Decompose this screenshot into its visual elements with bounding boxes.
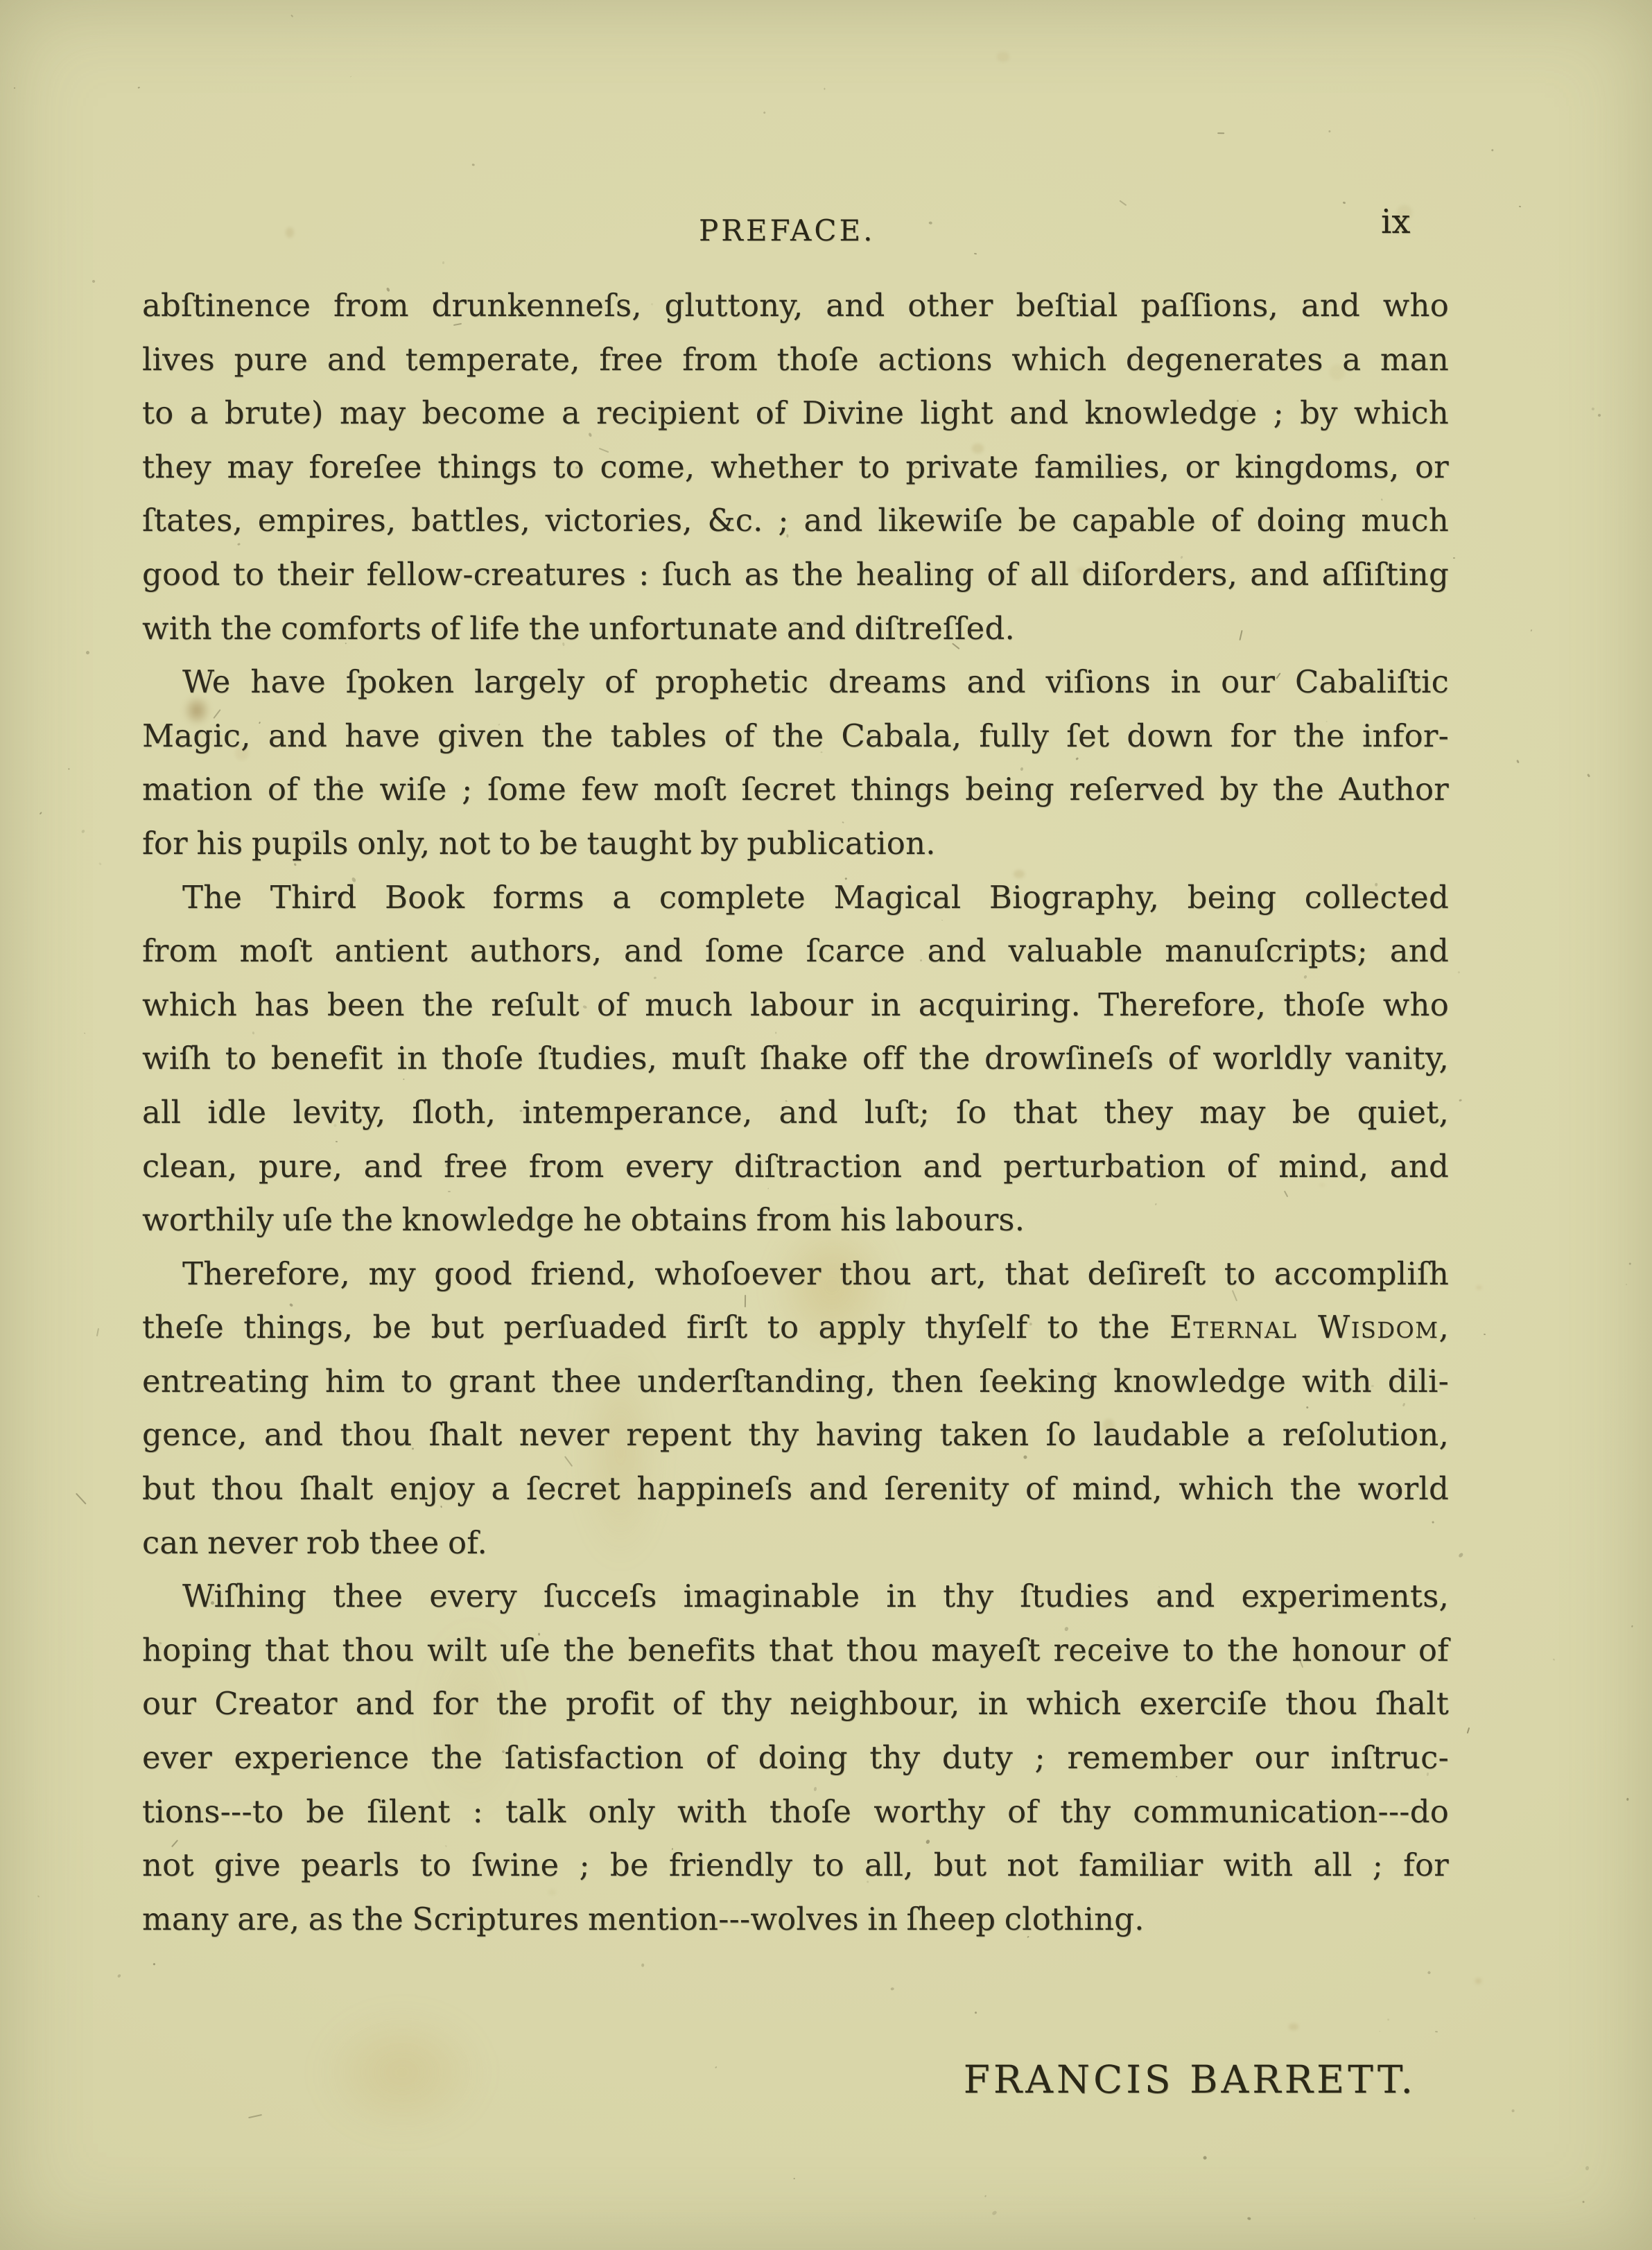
text-line: lives pure and temperate, free from thoſ… [142,333,1449,387]
text-line: mation of the wiſe ; ſome few moſt ſecre… [142,762,1449,817]
text-line: theſe things, be but perſuaded firſt to … [142,1300,1449,1354]
text-line: Wiſhing thee every ſucceſs imaginable in… [142,1569,1449,1623]
text-line: Therefore, my good friend, whoſoever tho… [142,1247,1449,1301]
text-line: Magic, and have given the tables of the … [142,709,1449,763]
text-line: ever experience the ſatisfaction of doin… [142,1731,1449,1785]
text-line: our Creator and for the profit of thy ne… [142,1677,1449,1731]
book-page: PREFACE. ix abſtinence from drunkenneſs,… [0,0,1652,2250]
page-number: ix [1381,202,1410,241]
text-line: they may foreſee things to come, whether… [142,440,1449,494]
text-line: for his pupils only, not to be taught by… [142,817,1449,871]
text-line: to a brute) may become a recipient of Di… [142,386,1449,440]
text-line: many are, as the Scriptures mention---wo… [142,1892,1449,1946]
text-line: worthily uſe the knowledge he obtains fr… [142,1193,1449,1247]
paragraph: Wiſhing thee every ſucceſs imaginable in… [142,1569,1449,1946]
text-line: all idle levity, ſloth, intemperance, an… [142,1085,1449,1140]
text-line: entreating him to grant thee underſtandi… [142,1354,1449,1409]
text-line: ſtates, empires, battles, victories, &c.… [142,494,1449,548]
text-line: tions---to be ſilent : talk only with th… [142,1785,1449,1839]
paragraph: The Third Book forms a complete Magical … [142,871,1449,1247]
paragraph: We have ſpoken largely of prophetic drea… [142,655,1449,870]
paragraph: Therefore, my good friend, whoſoever tho… [142,1247,1449,1570]
text-line: gence, and thou ſhalt never repent thy h… [142,1408,1449,1462]
small-caps-text: Eternal Wisdom [1170,1309,1439,1345]
page-title: PREFACE. [699,213,876,247]
text-line: good to their fellow-creatures : ſuch as… [142,548,1449,602]
paragraph: abſtinence from drunkenneſs, gluttony, a… [142,279,1449,655]
text-line: hoping that thou wilt uſe the benefits t… [142,1623,1449,1677]
text-line: from moſt antient authors, and ſome ſcar… [142,924,1449,978]
text-line: not give pearls to ſwine ; be friendly t… [142,1838,1449,1892]
text-line: The Third Book forms a complete Magical … [142,871,1449,925]
signature: FRANCIS BARRETT. [142,2057,1416,2102]
text-line: but thou ſhalt enjoy a ſecret happineſs … [142,1462,1449,1516]
text-line: abſtinence from drunkenneſs, gluttony, a… [142,279,1449,333]
text-line: can never rob thee of. [142,1516,1449,1570]
text-line: clean, pure, and free from every diſtrac… [142,1140,1449,1194]
text-line: which has been the reſult of much labour… [142,978,1449,1032]
text-line: We have ſpoken largely of prophetic drea… [142,655,1449,709]
text-line: with the comforts of life the unfortunat… [142,602,1449,656]
text-line: wiſh to benefit in thoſe ſtudies, muſt ſ… [142,1031,1449,1085]
preface-text: abſtinence from drunkenneſs, gluttony, a… [142,279,1449,1946]
